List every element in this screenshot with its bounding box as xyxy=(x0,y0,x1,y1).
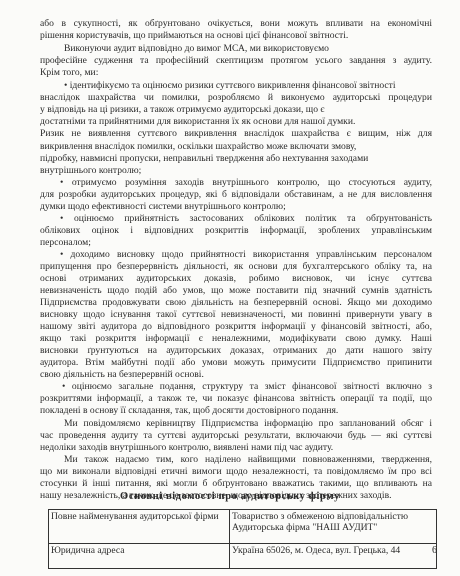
body-text-line: аудитора. Втім майбутні події або умови … xyxy=(40,357,432,368)
body-text-line: думки щодо ефективності системи внутрішн… xyxy=(40,201,432,212)
table-row: Повне найменування аудиторської фірми То… xyxy=(49,510,437,544)
body-text-line: припущення про безперервність діяльності… xyxy=(40,261,432,272)
body-text-line: внутрішнього контролю; xyxy=(40,165,432,176)
table-cell-value: Товариство з обмеженою відповідальністю … xyxy=(230,510,437,544)
body-text-line: • отримуємо розуміння заходів внутрішньо… xyxy=(60,177,432,188)
body-text-line: або в сукупності, як обґрунтовано очікує… xyxy=(40,18,432,29)
company-info-title: Основні відомості про аудиторську фірму xyxy=(0,491,460,502)
body-text-line: висновки ґрунтуються на аудиторських док… xyxy=(40,345,432,356)
body-text-line: Ризик не виявлення суттєвого викривлення… xyxy=(40,128,432,139)
body-text-line: достатніми та прийнятними для використан… xyxy=(40,116,432,127)
table-cell-label: Повне найменування аудиторської фірми xyxy=(49,510,230,544)
body-text-line: недоліки заходів внутрішнього контролю, … xyxy=(40,442,432,453)
body-text-line: Крім того, ми: xyxy=(40,67,432,78)
body-text-line: викривлення внаслідок помилки, оскільки … xyxy=(40,141,432,152)
body-text-line: стосунки й інші питання, які могли б обґ… xyxy=(40,478,432,489)
table-cell-label: Юридична адреса xyxy=(49,544,230,569)
body-text-line: розкриттями інформації, а також те, чи п… xyxy=(40,393,432,404)
value-line: Товариство з обмеженою відповідальністю xyxy=(232,511,434,522)
body-text-line: • доходимо висновку щодо прийнятності ви… xyxy=(60,249,432,260)
body-text-line: у відповідь на ці ризики, а також отриму… xyxy=(40,104,432,115)
body-text-line: підробку, навмисні пропуски, неправильні… xyxy=(40,153,432,164)
body-text-line: професійне судження та професійний скепт… xyxy=(40,55,432,66)
company-info-table: Повне найменування аудиторської фірми То… xyxy=(48,509,437,569)
body-text-line: • оцінюємо загальне подання, структуру т… xyxy=(62,381,432,392)
value-line: Аудиторська фірма "НАШ АУДИТ" xyxy=(232,522,434,533)
table-row: Юридична адреса Україна 65026, м. Одеса,… xyxy=(49,544,437,569)
body-text-line: невизначеність щодо подій або умов, що м… xyxy=(40,285,432,296)
table-cell-value: Україна 65026, м. Одеса, вул. Грецька, 4… xyxy=(230,544,437,569)
body-text-line: нашому звіті аудитора до відповідного ро… xyxy=(40,321,432,332)
body-text-line: час проведення аудиту та суттєві аудитор… xyxy=(40,430,432,441)
body-text-line: основі отриманих аудиторських доказів, р… xyxy=(40,273,432,284)
body-text-line: якщо такі розкриття інформації є неналеж… xyxy=(40,333,432,344)
body-text-line: • оцінюємо прийнятність застосованих обл… xyxy=(60,213,432,224)
body-text-line: облікових оцінок і відповідних розкритті… xyxy=(40,225,432,236)
body-text-line: внаслідок шахрайства чи помилки, розробл… xyxy=(40,92,432,103)
body-text-line: Ми повідомляємо керівництву Підприємства… xyxy=(64,418,432,429)
body-text-line: покладені в основу її складання, так, що… xyxy=(40,405,432,416)
body-text-line: Ми також надаємо тим, кого наділено найв… xyxy=(64,454,432,465)
body-text-line: Підприємства продовжувати свою діяльніст… xyxy=(40,297,432,308)
value-line: Україна 65026, м. Одеса, вул. Грецька, 4… xyxy=(232,545,434,556)
document-page: або в сукупності, як обґрунтовано очікує… xyxy=(0,0,460,576)
page-number: 6 xyxy=(432,545,437,556)
body-text-line: для розробки аудиторських процедур, які … xyxy=(40,189,432,200)
body-text-line: свою діяльність на безперервній основі. xyxy=(40,369,432,380)
body-text-line: персоналом; xyxy=(40,237,432,248)
body-text-line: рішення користувачів, що приймаються на … xyxy=(40,30,432,41)
body-text-line: Виконуючи аудит відповідно до вимог МСА,… xyxy=(64,43,432,54)
body-text-line: що ми виконали відповідні етичні вимоги … xyxy=(40,466,432,477)
body-text-line: висновку щодо існування такої суттєвої н… xyxy=(40,309,432,320)
body-text-line: • ідентифікуємо та оцінюємо ризики суттє… xyxy=(64,80,432,91)
